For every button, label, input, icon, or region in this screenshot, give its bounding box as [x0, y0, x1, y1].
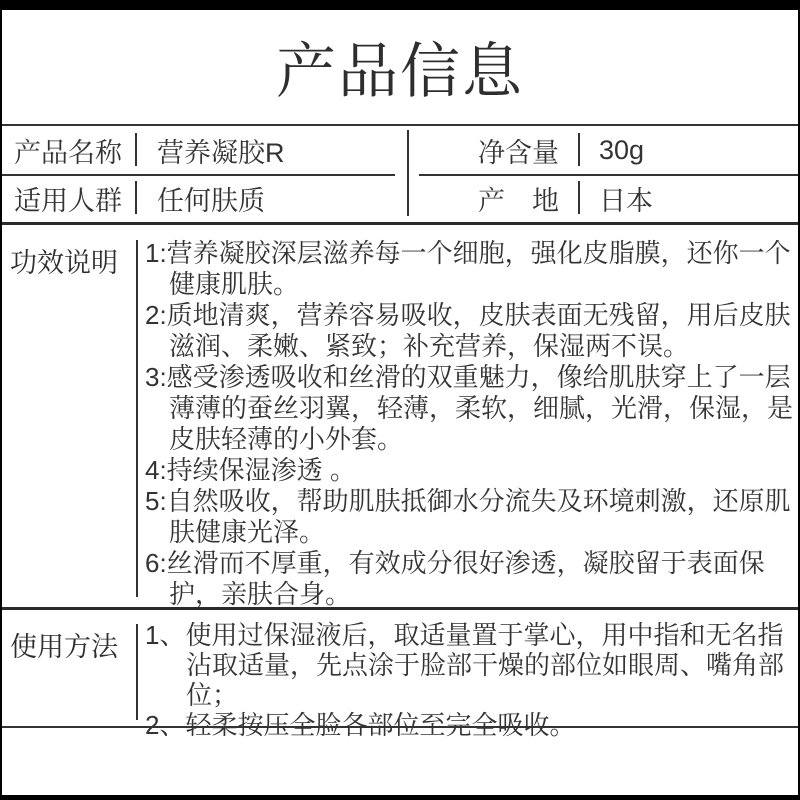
origin-value: 日本	[579, 179, 798, 218]
divider	[135, 181, 137, 214]
divider	[578, 181, 580, 214]
origin-label: 产 地	[407, 179, 579, 218]
product-name-value: 营养凝胶R	[137, 131, 407, 170]
net-content-value: 30g	[579, 135, 798, 166]
efficacy-body: 1:营养凝胶深层滋养每一个细胞，强化皮脂膜，还你一个健康肌肤。 2:质地清爽，营…	[145, 238, 794, 610]
efficacy-item: 6:丝滑而不厚重，有效成分很好渗透，凝胶留于表面保护，亲肤合身。	[145, 548, 794, 610]
center-divider	[407, 130, 409, 216]
page-title: 产品信息	[276, 24, 524, 110]
efficacy-item: 1:营养凝胶深层滋养每一个细胞，强化皮脂膜，还你一个健康肌肤。	[145, 238, 794, 300]
usage-item: 1、使用过保湿液后，取适量置于掌心，用中指和无名指沾取适量，先点涂于脸部干燥的部…	[145, 620, 794, 710]
efficacy-item: 4:持续保湿渗透 。	[145, 455, 794, 486]
info-rows: 产品名称 营养凝胶R 净含量 30g 适用人群 任何肤质 产 地 日本	[2, 126, 798, 222]
efficacy-item: 3:感受渗透吸收和丝滑的双重魅力，像给肌肤穿上了一层薄薄的蚕丝羽翼，轻薄，柔软，…	[145, 362, 794, 455]
net-content-label: 净含量	[407, 131, 579, 170]
title-block: 产品信息	[2, 10, 798, 126]
usage-label: 使用方法	[10, 625, 118, 664]
bottom-bar	[2, 795, 798, 800]
product-info-sheet: 产品信息 产品名称 营养凝胶R 净含量 30g 适用人群 任何肤质 产 地 日本…	[0, 0, 800, 800]
divider	[578, 133, 580, 166]
product-name-label: 产品名称	[2, 131, 137, 170]
divider	[136, 624, 138, 720]
efficacy-item: 5:自然吸收，帮助肌肤抵御水分流失及环境刺激，还原肌肤健康光泽。	[145, 486, 794, 548]
efficacy-label: 功效说明	[10, 241, 118, 280]
usage-item: 2、轻柔按压全脸各部位至完全吸收。	[145, 710, 794, 740]
usage-section: 使用方法 1、使用过保湿液后，取适量置于掌心，用中指和无名指沾取适量，先点涂于脸…	[2, 610, 798, 728]
table-row: 适用人群 任何肤质 产 地 日本	[2, 174, 798, 222]
target-users-value: 任何肤质	[137, 179, 407, 218]
divider	[135, 133, 137, 166]
efficacy-section: 功效说明 1:营养凝胶深层滋养每一个细胞，强化皮脂膜，还你一个健康肌肤。 2:质…	[2, 225, 798, 610]
target-users-label: 适用人群	[2, 179, 137, 218]
row-separator	[419, 174, 798, 176]
divider	[136, 240, 138, 597]
table-row: 产品名称 营养凝胶R 净含量 30g	[2, 126, 798, 174]
efficacy-item: 2:质地清爽，营养容易吸收，皮肤表面无残留，用后皮肤滋润、柔嫩、紧致；补充营养，…	[145, 300, 794, 362]
row-separator	[2, 174, 395, 176]
usage-body: 1、使用过保湿液后，取适量置于掌心，用中指和无名指沾取适量，先点涂于脸部干燥的部…	[145, 620, 794, 740]
